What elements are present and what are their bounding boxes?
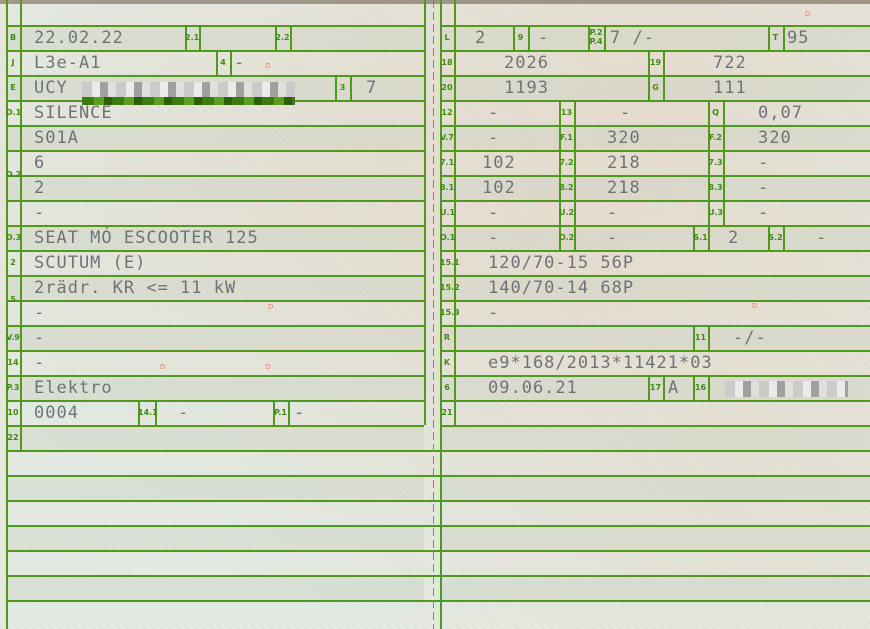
- field-18: 2026: [504, 53, 549, 73]
- row-line: [440, 150, 870, 152]
- label-O2: O.2: [559, 233, 574, 242]
- label-D1: D.1: [6, 108, 20, 117]
- label-B: B: [6, 33, 20, 42]
- field-D3: SEAT MÓ ESCOOTER 125: [34, 228, 259, 248]
- column-line: [424, 0, 426, 425]
- field-15-2: 140/70-14 68P: [488, 278, 634, 298]
- shaded-band: [440, 575, 870, 600]
- field-D2-line: 2: [34, 178, 45, 198]
- label-U.2: U.2: [559, 208, 574, 217]
- field-17: A: [668, 378, 679, 398]
- label-8.3: 8.3: [708, 183, 723, 192]
- field-7.3: -: [758, 153, 769, 173]
- field-U.2: -: [607, 203, 618, 223]
- column-line: [783, 25, 785, 50]
- row-line: [6, 575, 870, 577]
- field-K: e9*168/2013*11421*03: [488, 353, 713, 373]
- label-17: 17: [648, 383, 663, 392]
- row-line: [6, 75, 424, 77]
- label-O1: O.1: [440, 233, 454, 242]
- label-14: 14: [6, 358, 20, 367]
- field-P2-P4: 7 /-: [610, 28, 655, 48]
- label-14-1: 14.1: [138, 408, 155, 417]
- field-19: 722: [713, 53, 747, 73]
- label-16: 16: [693, 383, 708, 392]
- field-P1: -: [294, 403, 305, 423]
- label-8.2: 8.2: [559, 183, 574, 192]
- label-2-2: 2.2: [275, 33, 290, 42]
- label-3: 3: [335, 83, 350, 92]
- label-U.3: U.3: [708, 208, 723, 217]
- field-13: -: [620, 103, 631, 123]
- label-E: E: [6, 83, 20, 92]
- label-10: 10: [6, 408, 20, 417]
- shaded-band: [440, 425, 870, 450]
- field-6: 09.06.21: [488, 378, 578, 398]
- row-line: [6, 200, 424, 202]
- scan-edge: [0, 0, 870, 4]
- field-8.2: 218: [607, 178, 641, 198]
- row-line: [6, 450, 870, 452]
- label-V.7: V.7: [440, 133, 454, 142]
- row-line: [6, 50, 424, 52]
- label-P3: P.3: [6, 383, 20, 392]
- page-fold: [433, 0, 434, 629]
- label-D3: D.3: [6, 233, 20, 242]
- field-S2: -: [816, 228, 827, 248]
- watermark-d: D: [265, 62, 270, 70]
- shaded-band: [6, 475, 424, 500]
- row-line: [6, 300, 424, 302]
- field-O2: -: [607, 228, 618, 248]
- row-line: [6, 600, 870, 602]
- label-P4: P.4: [588, 37, 604, 46]
- field-O1: -: [488, 228, 499, 248]
- label-11: 11: [693, 333, 708, 342]
- label-D2: D.2: [6, 170, 20, 179]
- column-line: [230, 50, 232, 75]
- label-S2: S.2: [768, 233, 783, 242]
- column-line: [20, 0, 22, 450]
- row-line: [6, 150, 424, 152]
- watermark-d: D: [268, 303, 273, 311]
- shaded-band: [6, 425, 424, 450]
- label-5: 5: [6, 295, 20, 304]
- column-line: [350, 75, 352, 100]
- watermark-d: D: [805, 10, 810, 18]
- row-line: [440, 350, 870, 352]
- column-line: [290, 25, 292, 50]
- label-4: 4: [216, 58, 230, 67]
- column-line: [708, 375, 710, 400]
- column-line: [708, 225, 710, 250]
- field-G: 111: [713, 78, 747, 98]
- label-G: G: [648, 83, 663, 92]
- label-S1: S.1: [693, 233, 708, 242]
- column-line: [288, 400, 290, 425]
- row-line: [440, 225, 870, 227]
- field-14-1: -: [178, 403, 189, 423]
- column-line: [559, 100, 561, 250]
- column-line: [6, 0, 8, 629]
- watermark-d: D: [265, 363, 270, 371]
- field-5-line: 2rädr. KR <= 11 kW: [34, 278, 236, 298]
- row-line: [6, 175, 424, 177]
- field-2: SCUTUM (E): [34, 253, 146, 273]
- row-line: [440, 275, 870, 277]
- field-10: 0004: [34, 403, 79, 423]
- field-7.1: 102: [482, 153, 516, 173]
- label-T: T: [768, 33, 783, 42]
- row-line: [6, 500, 870, 502]
- field-12: -: [488, 103, 499, 123]
- label-21: 21: [440, 408, 454, 417]
- shaded-band: [440, 525, 870, 550]
- shaded-band: [6, 575, 424, 600]
- column-line: [663, 375, 665, 400]
- label-7.2: 7.2: [559, 158, 574, 167]
- label-9: 9: [513, 33, 528, 42]
- redacted-field-16: [725, 381, 848, 397]
- row-line: [6, 550, 870, 552]
- field-15-3: -: [488, 303, 499, 323]
- column-line: [783, 225, 785, 250]
- row-line: [6, 525, 870, 527]
- row-line: [6, 325, 424, 327]
- redaction-bar: [82, 97, 295, 105]
- row-line: [440, 375, 870, 377]
- field-D2-line: S01A: [34, 128, 79, 148]
- label-18: 18: [440, 58, 454, 67]
- label-15-2: 15.2: [440, 283, 454, 292]
- row-line: [6, 125, 424, 127]
- row-line: [440, 300, 870, 302]
- row-line: [6, 400, 424, 402]
- shaded-band: [440, 225, 870, 250]
- field-3: 7: [366, 78, 377, 98]
- field-8.3: -: [758, 178, 769, 198]
- field-F.2: 320: [758, 128, 792, 148]
- field-8.1: 102: [482, 178, 516, 198]
- label-8.1: 8.1: [440, 183, 454, 192]
- row-line: [440, 425, 870, 427]
- field-7.2: 218: [607, 153, 641, 173]
- label-L: L: [440, 33, 454, 42]
- field-Q: 0,07: [758, 103, 803, 123]
- label-F.1: F.1: [559, 133, 574, 142]
- row-line: [440, 200, 870, 202]
- shaded-band: [6, 325, 424, 350]
- label-19: 19: [648, 58, 663, 67]
- row-line: [6, 275, 424, 277]
- label-Q: Q: [708, 108, 723, 117]
- field-V.7: -: [488, 128, 499, 148]
- column-line: [528, 25, 530, 50]
- column-line: [708, 325, 710, 350]
- field-4: -: [234, 53, 245, 73]
- field-P3: Elektro: [34, 378, 113, 398]
- shaded-band: [440, 125, 870, 150]
- field-U.1: -: [488, 203, 499, 223]
- column-line: [663, 50, 665, 100]
- column-line: [574, 100, 576, 250]
- column-line: [723, 100, 725, 225]
- field-D2-line: 6: [34, 153, 45, 173]
- field-D1: SILENCE: [34, 103, 113, 123]
- label-P2: P.2: [588, 28, 604, 37]
- field-20: 1193: [504, 78, 549, 98]
- label-6: 6: [440, 383, 454, 392]
- row-line: [6, 250, 424, 252]
- row-line: [440, 125, 870, 127]
- label-2: 2: [6, 258, 20, 267]
- row-line: [440, 25, 870, 27]
- row-line: [6, 350, 424, 352]
- shaded-band: [440, 475, 870, 500]
- field-15-1: 120/70-15 56P: [488, 253, 634, 273]
- redacted-vin: [82, 82, 295, 98]
- watermark-d: D: [752, 302, 757, 310]
- watermark-d: D: [160, 363, 165, 371]
- row-line: [6, 475, 870, 477]
- label-12: 12: [440, 108, 454, 117]
- field-5-line: -: [34, 303, 45, 323]
- row-line: [440, 175, 870, 177]
- field-E-vin: UCY: [34, 78, 68, 98]
- shaded-band: [6, 175, 424, 200]
- row-line: [440, 50, 870, 52]
- row-line: [6, 425, 424, 427]
- field-V9: -: [34, 328, 45, 348]
- label-13: 13: [559, 108, 574, 117]
- field-B: 22.02.22: [34, 28, 124, 48]
- label-U.1: U.1: [440, 208, 454, 217]
- label-F.2: F.2: [708, 133, 723, 142]
- row-line: [440, 100, 870, 102]
- field-U.3: -: [758, 203, 769, 223]
- label-R: R: [440, 333, 454, 342]
- label-15-3: 15.3: [440, 308, 454, 317]
- field-9: -: [538, 28, 549, 48]
- label-K: K: [440, 358, 454, 367]
- field-D2-line: -: [34, 203, 45, 223]
- field-F.1: 320: [607, 128, 641, 148]
- row-line: [440, 400, 870, 402]
- label-2-1: 2.1: [185, 33, 199, 42]
- row-line: [6, 225, 424, 227]
- field-S1: 2: [728, 228, 739, 248]
- row-line: [6, 25, 424, 27]
- label-J: J: [6, 58, 20, 67]
- label-7.3: 7.3: [708, 158, 723, 167]
- field-L: 2: [475, 28, 486, 48]
- column-line: [199, 25, 201, 50]
- shaded-band: [440, 325, 870, 350]
- field-T: 95: [787, 28, 809, 48]
- label-P1: P.1: [273, 408, 288, 417]
- row-line: [440, 250, 870, 252]
- row-line: [440, 75, 870, 77]
- label-7.1: 7.1: [440, 158, 454, 167]
- field-14: -: [34, 353, 45, 373]
- shaded-band: [6, 525, 424, 550]
- row-line: [6, 375, 424, 377]
- label-20: 20: [440, 83, 454, 92]
- label-15-1: 15.1: [440, 258, 454, 267]
- label-22: 22: [6, 433, 20, 442]
- field-J: L3e-A1: [34, 53, 101, 73]
- label-V9: V.9: [6, 333, 20, 342]
- field-11: -/-: [733, 328, 767, 348]
- row-line: [440, 325, 870, 327]
- column-line: [604, 25, 606, 50]
